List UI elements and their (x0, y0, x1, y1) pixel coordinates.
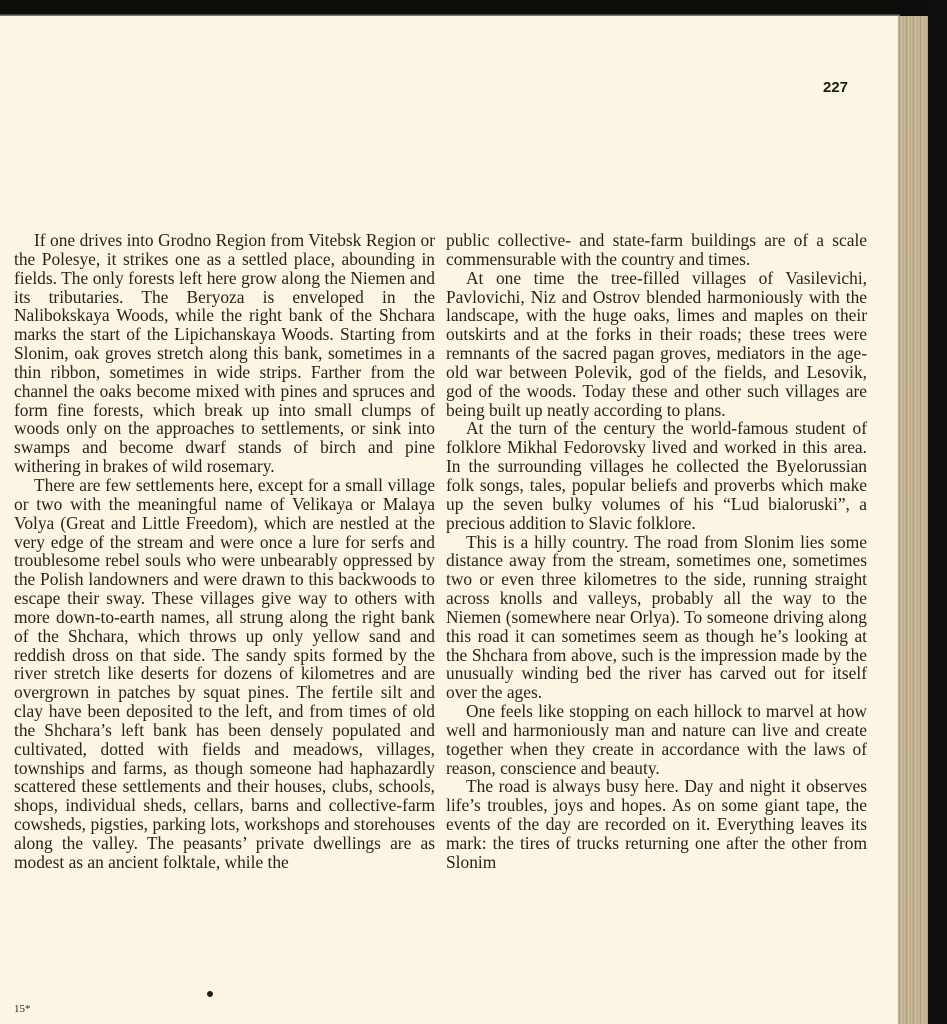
paragraph: There are few settlements here, except f… (14, 476, 435, 872)
paragraph: At the turn of the century the world-fam… (446, 419, 867, 532)
right-text-column: public collective- and state-farm buildi… (446, 231, 867, 872)
ink-spot (207, 991, 213, 997)
paragraph: At one time the tree-filled villages of … (446, 269, 867, 420)
page-stack-edge (898, 16, 928, 1024)
book-cover-edge (928, 0, 947, 1024)
left-text-column: If one drives into Grodno Region from Vi… (14, 231, 435, 872)
paragraph: One feels like stopping on each hillock … (446, 702, 867, 777)
printer-signature-mark: 15* (14, 1003, 31, 1015)
paragraph: This is a hilly country. The road from S… (446, 533, 867, 703)
page-number: 227 (823, 79, 848, 96)
paragraph: The road is always busy here. Day and ni… (446, 777, 867, 871)
paragraph: If one drives into Grodno Region from Vi… (14, 231, 435, 476)
paragraph-continued: public collective- and state-farm buildi… (446, 231, 867, 269)
